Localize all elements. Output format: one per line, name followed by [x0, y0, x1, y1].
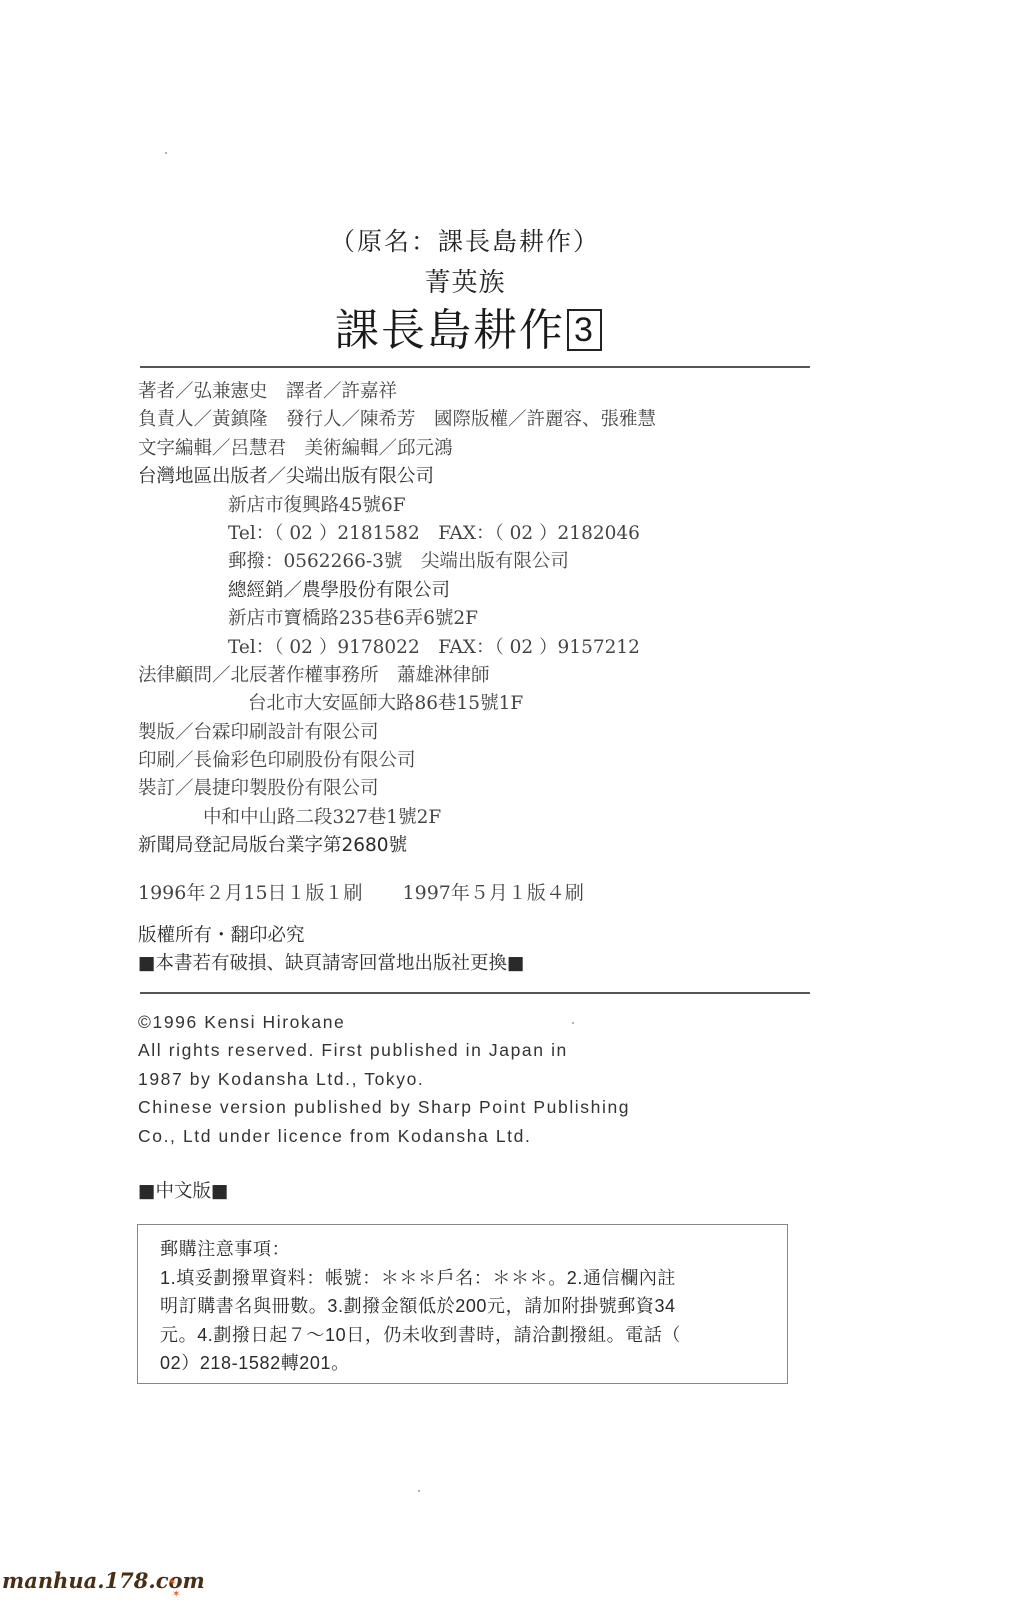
credit-line-printing: 印刷／長倫彩色印刷股份有限公司 [138, 747, 656, 775]
mail-order-title: 郵購注意事項： [160, 1235, 787, 1264]
copyright-line: Co., Ltd under licence from Kodansha Ltd… [138, 1122, 630, 1150]
credit-line-postal-account: 郵撥：0562266-3號 尖端出版有限公司 [138, 548, 656, 576]
first-edition-date: 1996年２月15日１版１刷 [138, 882, 363, 904]
credit-line-registration: 新聞局登記局版台業字第2680號 [138, 832, 656, 860]
star-icon: ✶ [168, 1577, 176, 1588]
credit-line-distributor-address: 新店市寶橋路235巷6弄6號2F [138, 605, 656, 633]
rights-block: 版權所有・翻印必究 ■本書若有破損、缺頁請寄回當地出版社更換■ [138, 922, 524, 978]
credit-line-plate-making: 製版／台霖印刷設計有限公司 [138, 719, 656, 747]
credit-line-publisher-phone: Tel：（ 02 ）2181582 FAX：（ 02 ）2182046 [138, 520, 656, 548]
credit-line-legal-counsel: 法律顧問／北辰著作權事務所 蕭雄淋律師 [138, 662, 656, 690]
book-title-text: 課長島耕作 [335, 305, 565, 356]
mail-order-line: 明訂購書名與冊數。3.劃撥金額低於200元，請加附掛號郵資34 [160, 1292, 787, 1321]
original-title: （原名：課長島耕作） [0, 222, 930, 258]
credit-line-publisher-staff: 負責人／黃鎮隆 發行人／陳希芳 國際版權／許麗容、張雅慧 [138, 406, 656, 434]
copyright-line: 1987 by Kodansha Ltd., Tokyo. [138, 1065, 630, 1093]
credit-line-distributor-phone: Tel：（ 02 ）9178022 FAX：（ 02 ）9157212 [138, 634, 656, 662]
current-edition-date: 1997年５月１版４刷 [403, 882, 584, 904]
credit-line-publisher-address: 新店市復興路45號6F [138, 492, 656, 520]
credit-line-taiwan-publisher: 台灣地區出版者／尖端出版有限公司 [138, 463, 656, 491]
replacement-notice: ■本書若有破損、缺頁請寄回當地出版社更換■ [138, 950, 524, 978]
middle-divider [140, 992, 810, 994]
copyright-line: ©1996 Kensi Hirokane [138, 1008, 630, 1036]
scan-speck [165, 152, 167, 154]
mail-order-line: 02）218-1582轉201。 [160, 1349, 787, 1378]
credits-block: 著者／弘兼憲史 譯者／許嘉祥 負責人／黃鎮隆 發行人／陳希芳 國際版權／許麗容、… [138, 378, 656, 861]
series-name: 菁英族 [0, 262, 930, 299]
credit-line-binding-address: 中和中山路二段327巷1號2F [138, 804, 656, 832]
mail-order-line: 1.填妥劃撥單資料：帳號：＊＊＊戶名：＊＊＊。2.通信欄內註 [160, 1264, 787, 1293]
star-icon: ✶ [172, 1589, 180, 1600]
top-divider [140, 366, 810, 368]
scan-speck [418, 1490, 420, 1492]
all-rights-reserved: 版權所有・翻印必究 [138, 922, 524, 950]
credit-line-editors: 文字編輯／呂慧君 美術編輯／邱元鴻 [138, 435, 656, 463]
printing-history: 1996年２月15日１版１刷1997年５月１版４刷 [138, 878, 584, 905]
mail-order-notice-box: 郵購注意事項： 1.填妥劃撥單資料：帳號：＊＊＊戶名：＊＊＊。2.通信欄內註 明… [137, 1224, 788, 1384]
book-title: 課長島耕作3 [335, 305, 602, 357]
credit-line-binding: 裝訂／晨捷印製股份有限公司 [138, 775, 656, 803]
credit-line-legal-address: 台北市大安區師大路86巷15號1F [138, 690, 656, 718]
volume-number-badge: 3 [567, 309, 602, 351]
mail-order-line: 元。4.劃撥日起７～10日，仍未收到書時，請洽劃撥組。電話（ [160, 1321, 787, 1350]
credit-line-author: 著者／弘兼憲史 譯者／許嘉祥 [138, 378, 656, 406]
copyright-line: All rights reserved. First published in … [138, 1036, 630, 1064]
english-copyright-block: ©1996 Kensi Hirokane All rights reserved… [138, 1008, 630, 1150]
chinese-edition-label: ■中文版■ [138, 1177, 228, 1203]
copyright-line: Chinese version published by Sharp Point… [138, 1093, 630, 1121]
credit-line-distributor: 總經銷／農學股份有限公司 [138, 577, 656, 605]
